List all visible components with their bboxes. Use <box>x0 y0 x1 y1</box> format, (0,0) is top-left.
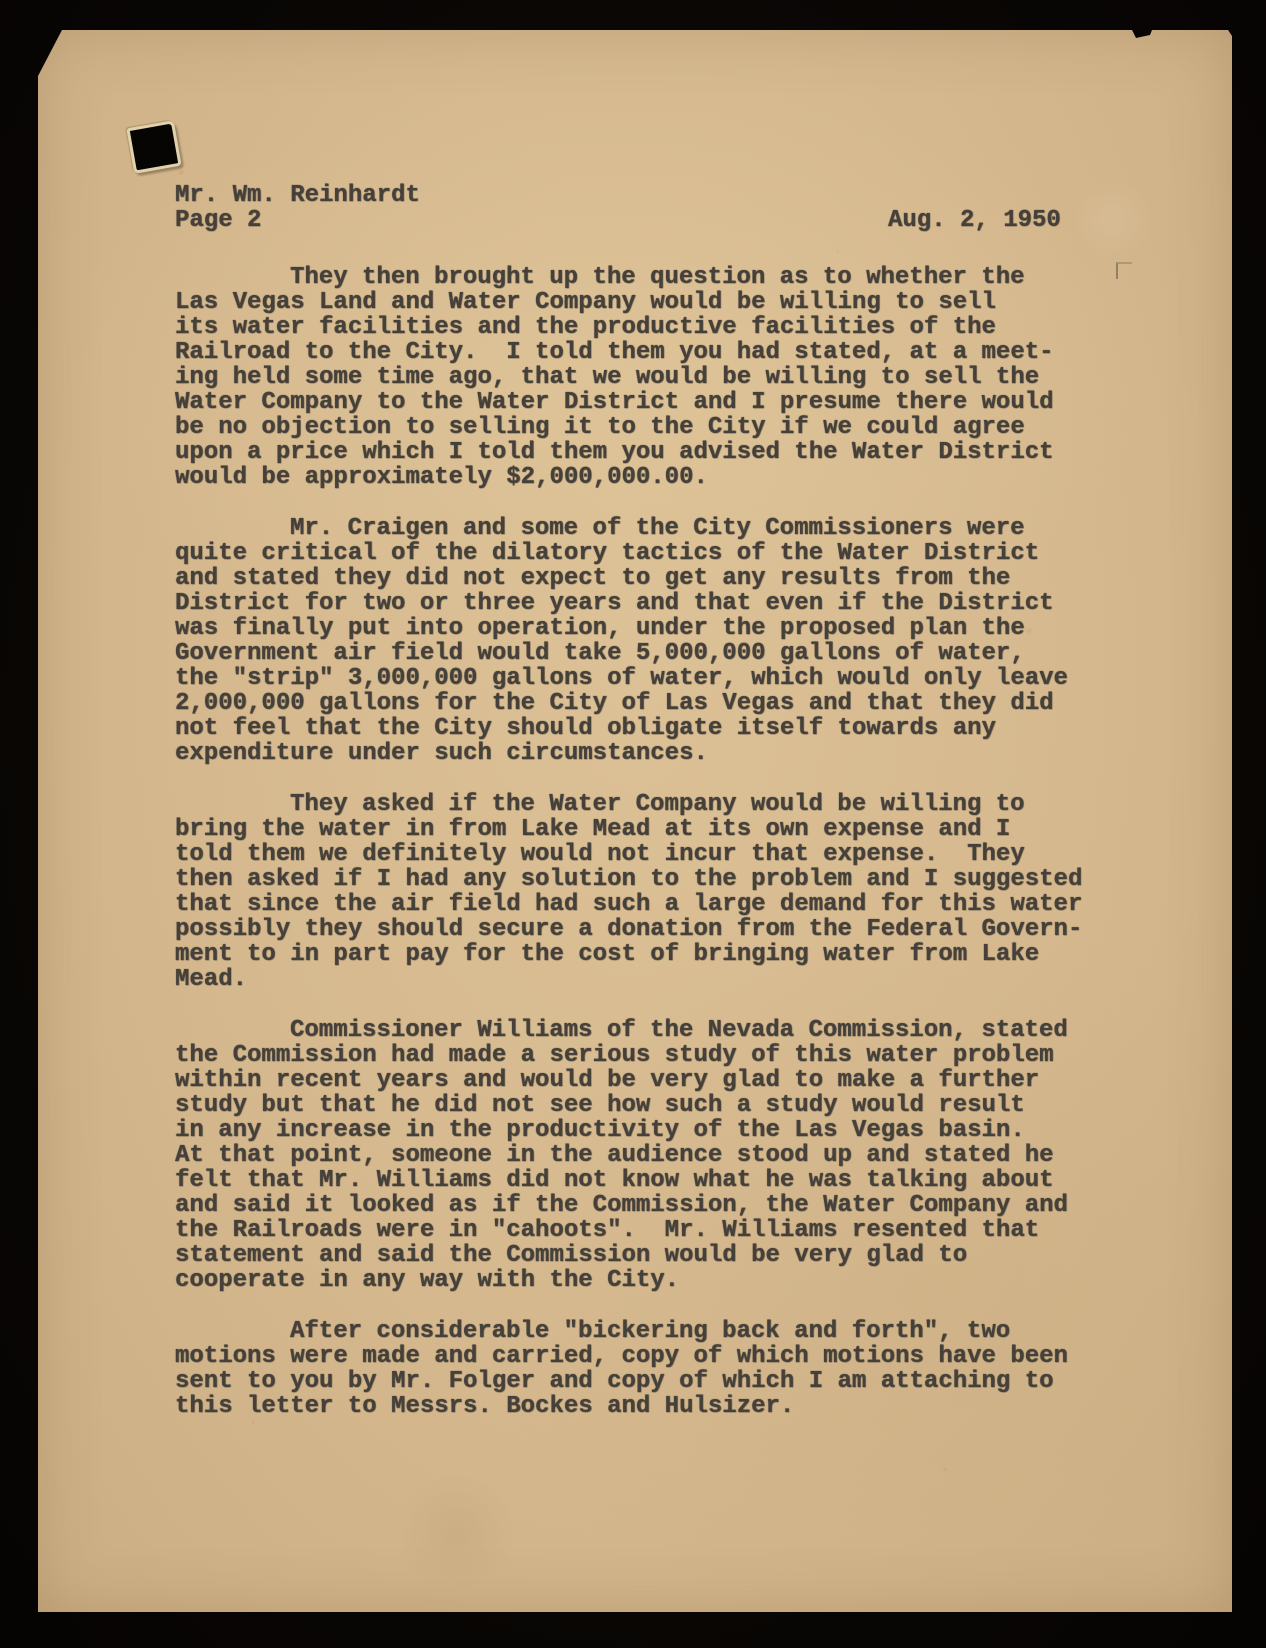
text-line: Mead. <box>175 967 1155 992</box>
paragraph: They then brought up the question as to … <box>175 265 1155 490</box>
text-line: quite critical of the dilatory tactics o… <box>175 541 1155 566</box>
text-line: Government air field would take 5,000,00… <box>175 641 1155 666</box>
letter-page: Mr. Wm. Reinhardt Page 2 Aug. 2, 1950 Th… <box>38 30 1232 1612</box>
text-line: cooperate in any way with the City. <box>175 1268 1155 1293</box>
text-line: Mr. Craigen and some of the City Commiss… <box>175 516 1155 541</box>
text-line: within recent years and would be very gl… <box>175 1068 1155 1093</box>
letter-body: They then brought up the question as to … <box>175 265 1155 1419</box>
text-line: the "strip" 3,000,000 gallons of water, … <box>175 666 1155 691</box>
text-line: bring the water in from Lake Mead at its… <box>175 817 1155 842</box>
text-line: would be approximately $2,000,000.00. <box>175 465 1155 490</box>
text-line: told them we definitely would not incur … <box>175 842 1155 867</box>
text-line: After considerable "bickering back and f… <box>175 1319 1155 1344</box>
text-line: District for two or three years and that… <box>175 591 1155 616</box>
paragraph: They asked if the Water Company would be… <box>175 792 1155 992</box>
text-line: statement and said the Commission would … <box>175 1243 1155 1268</box>
text-line: was finally put into operation, under th… <box>175 616 1155 641</box>
text-line: the Railroads were in "cahoots". Mr. Wil… <box>175 1218 1155 1243</box>
text-line: expenditure under such circumstances. <box>175 741 1155 766</box>
text-line: this letter to Messrs. Bockes and Hulsiz… <box>175 1394 1155 1419</box>
text-line: felt that Mr. Williams did not know what… <box>175 1168 1155 1193</box>
text-line: the Commission had made a serious study … <box>175 1043 1155 1068</box>
scan-background: Mr. Wm. Reinhardt Page 2 Aug. 2, 1950 Th… <box>0 0 1266 1648</box>
text-line: They then brought up the question as to … <box>175 265 1155 290</box>
text-line: Las Vegas Land and Water Company would b… <box>175 290 1155 315</box>
letter-date: Aug. 2, 1950 <box>888 208 1061 233</box>
letter-content: Mr. Wm. Reinhardt Page 2 Aug. 2, 1950 Th… <box>175 183 1155 1419</box>
recipient-name: Mr. Wm. Reinhardt <box>175 183 1155 208</box>
text-line: Water Company to the Water District and … <box>175 390 1155 415</box>
text-line: not feel that the City should obligate i… <box>175 716 1155 741</box>
text-line: upon a price which I told them you advis… <box>175 440 1155 465</box>
text-line: and stated they did not expect to get an… <box>175 566 1155 591</box>
text-line: They asked if the Water Company would be… <box>175 792 1155 817</box>
letter-header: Mr. Wm. Reinhardt Page 2 Aug. 2, 1950 <box>175 183 1155 233</box>
text-line: and said it looked as if the Commission,… <box>175 1193 1155 1218</box>
paragraph: Mr. Craigen and some of the City Commiss… <box>175 516 1155 766</box>
text-line: study but that he did not see how such a… <box>175 1093 1155 1118</box>
text-line: in any increase in the productivity of t… <box>175 1118 1155 1143</box>
text-line: 2,000,000 gallons for the City of Las Ve… <box>175 691 1155 716</box>
text-line: be no objection to selling it to the Cit… <box>175 415 1155 440</box>
text-line: motions were made and carried, copy of w… <box>175 1344 1155 1369</box>
paragraph: After considerable "bickering back and f… <box>175 1319 1155 1419</box>
paragraph: Commissioner Williams of the Nevada Comm… <box>175 1018 1155 1293</box>
text-line: ment to in part pay for the cost of brin… <box>175 942 1155 967</box>
text-line: then asked if I had any solution to the … <box>175 867 1155 892</box>
text-line: sent to you by Mr. Folger and copy of wh… <box>175 1369 1155 1394</box>
punched-hole <box>126 120 181 174</box>
text-line: Railroad to the City. I told them you ha… <box>175 340 1155 365</box>
text-line: its water facilities and the productive … <box>175 315 1155 340</box>
text-line: that since the air field had such a larg… <box>175 892 1155 917</box>
text-line: At that point, someone in the audience s… <box>175 1143 1155 1168</box>
text-line: Commissioner Williams of the Nevada Comm… <box>175 1018 1155 1043</box>
text-line: ing held some time ago, that we would be… <box>175 365 1155 390</box>
text-line: possibly they should secure a donation f… <box>175 917 1155 942</box>
